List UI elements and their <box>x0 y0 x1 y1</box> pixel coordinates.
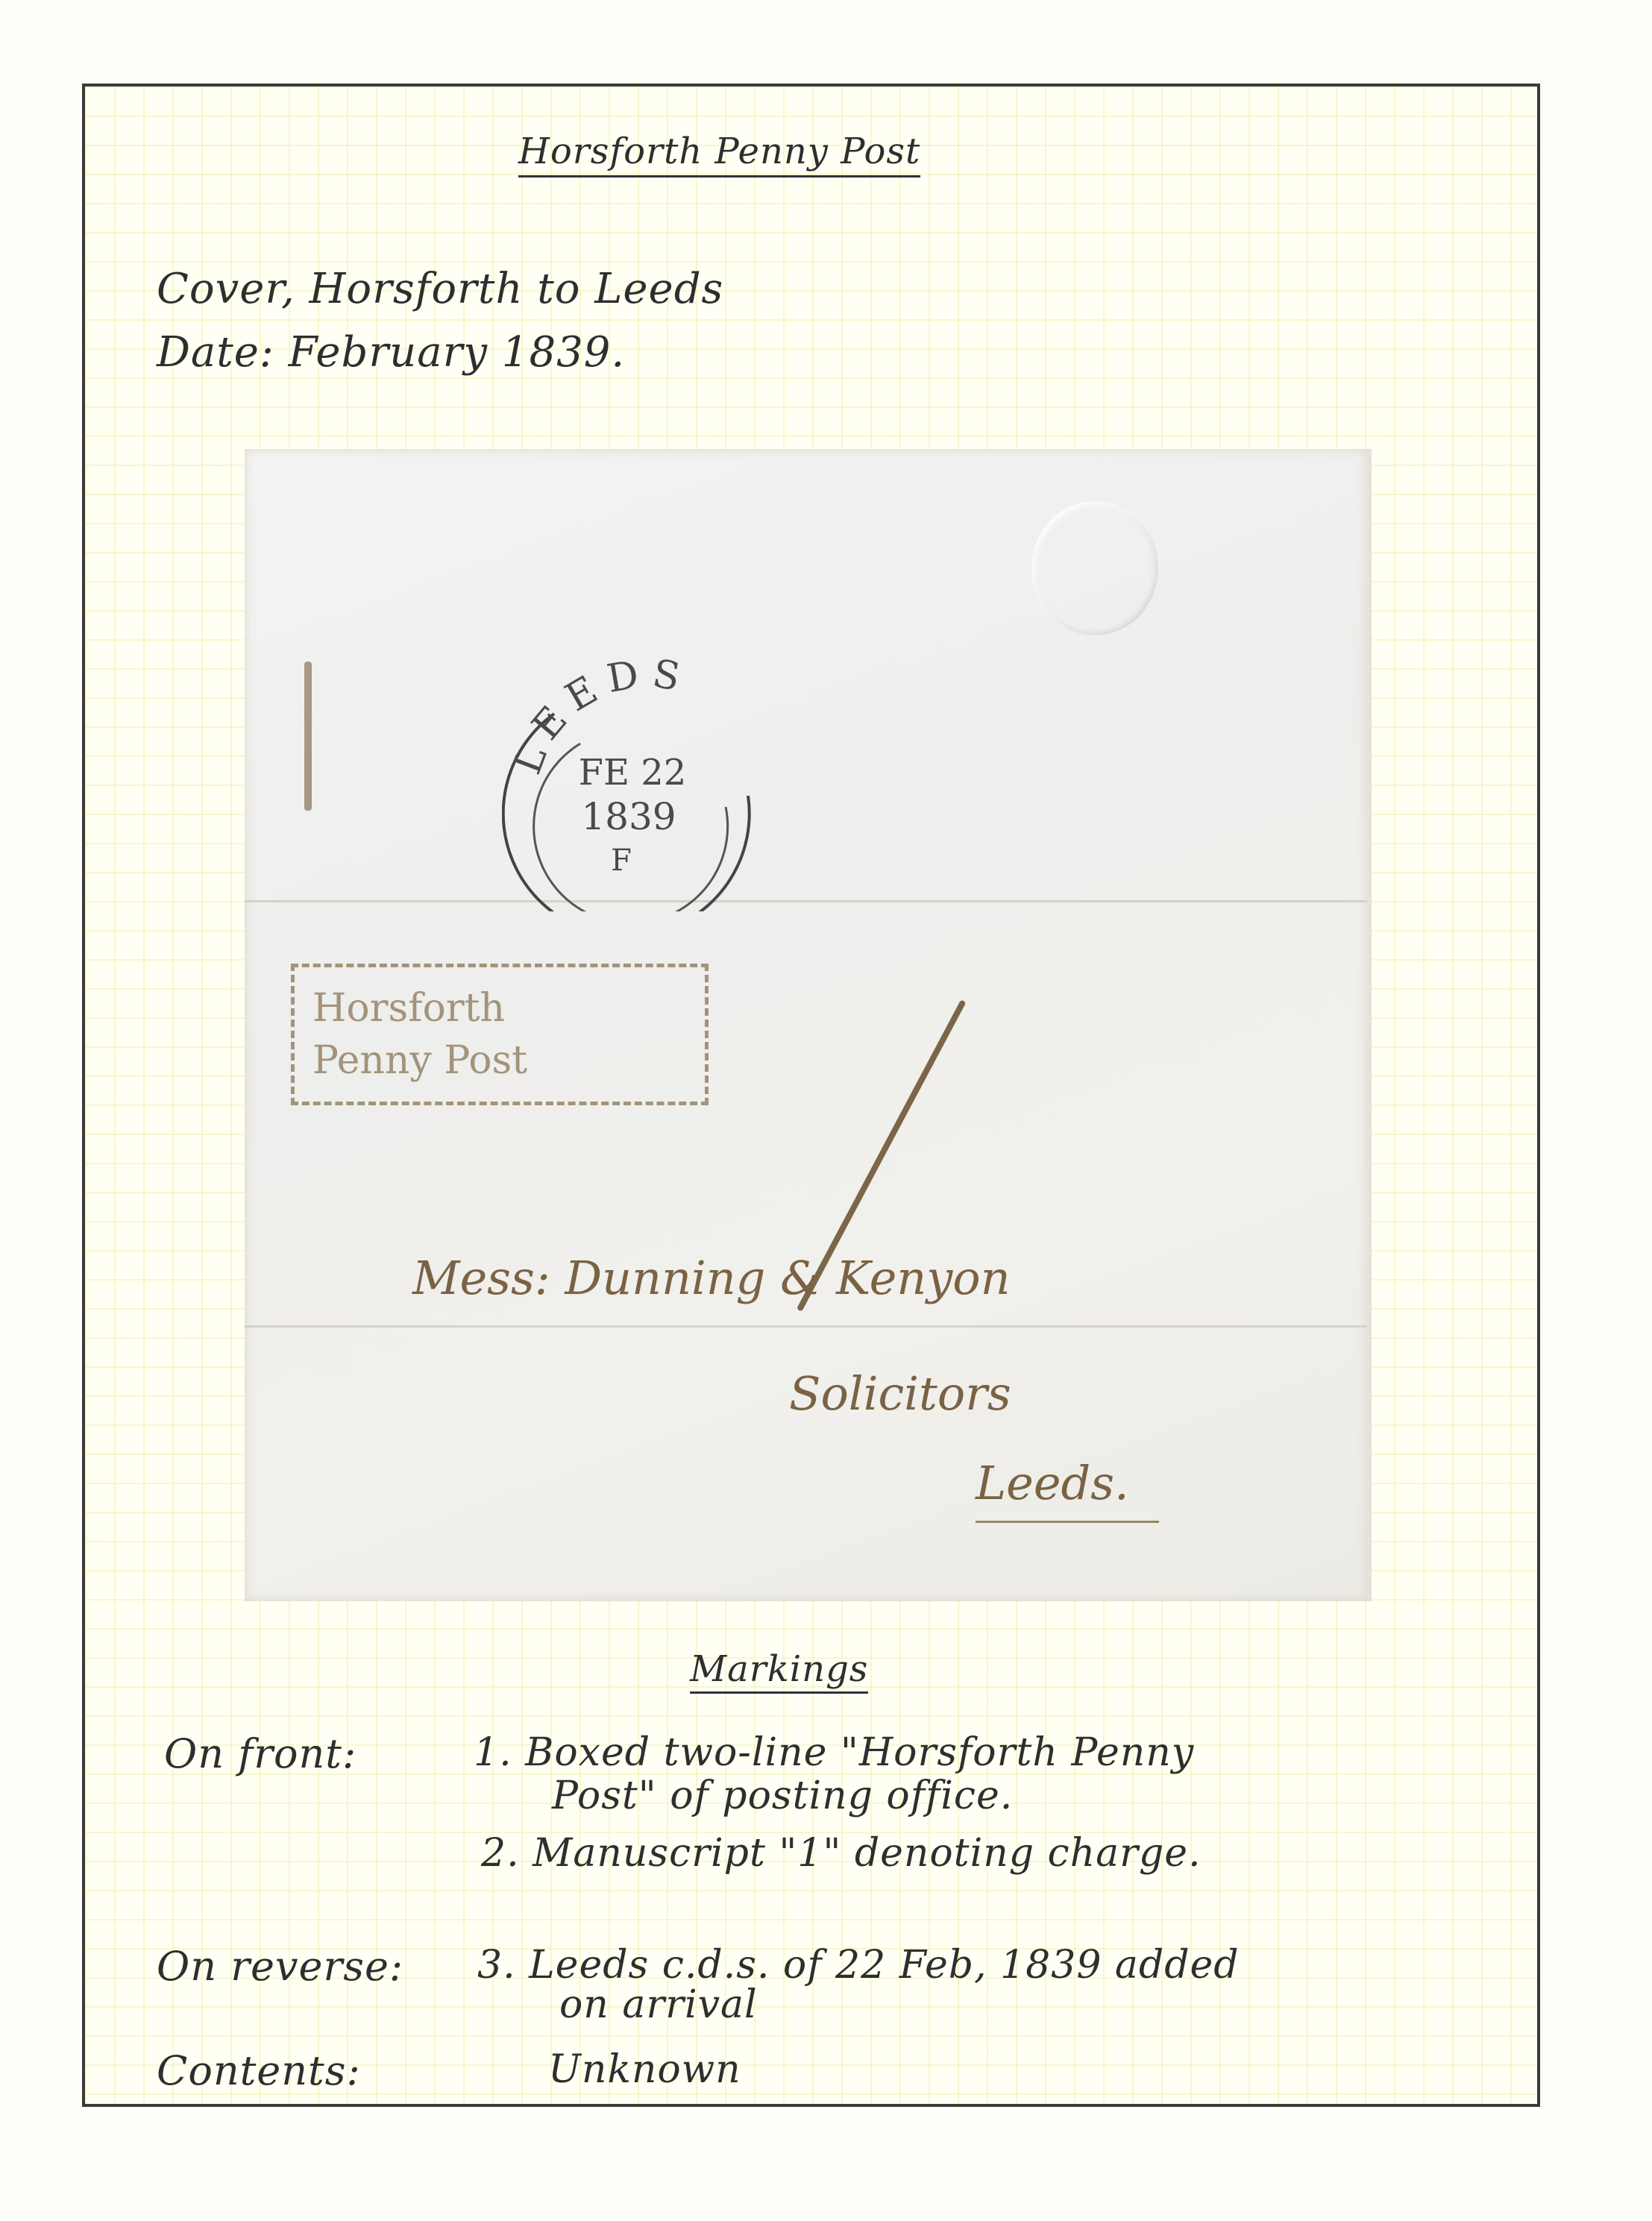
boxed-handstamp: Horsforth Penny Post <box>291 964 709 1105</box>
address-line-1: Mess: Dunning & Kenyon <box>412 1251 1011 1305</box>
front-label: On front: <box>164 1730 357 1777</box>
reverse-label: On reverse: <box>157 1943 403 1990</box>
postmark-code: F <box>611 844 632 878</box>
contents-value: Unknown <box>548 2047 741 2092</box>
postmark-year: 1839 <box>581 795 676 838</box>
address-line-3: Leeds. <box>976 1456 1159 1523</box>
marking-3-line-2: on arrival <box>559 1982 758 2027</box>
marking-2: 2. Manuscript "1" denoting charge. <box>481 1831 1202 1876</box>
fold-line <box>245 900 1367 902</box>
contents-label: Contents: <box>157 2047 361 2094</box>
marking-3-line-1: 3. Leeds c.d.s. of 22 Feb, 1839 added <box>477 1943 1240 1988</box>
markings-heading: Markings <box>690 1648 868 1694</box>
postal-cover: LEEDS FE 22 1839 F Horsforth Penny Post … <box>245 449 1372 1601</box>
page-title: Horsforth Penny Post <box>518 131 920 178</box>
marking-1-line-2: Post" of posting office. <box>552 1774 1013 1818</box>
address-line-2: Solicitors <box>789 1366 1011 1421</box>
cover-description: Cover, Horsforth to Leeds <box>157 265 723 313</box>
leeds-postmark: LEEDS FE 22 1839 F <box>502 635 778 911</box>
handstamp-line-1: Horsforth <box>313 982 687 1034</box>
postmark-date: FE 22 <box>579 752 687 794</box>
handstamp-line-2: Penny Post <box>313 1034 687 1087</box>
cover-date: Date: February 1839. <box>157 328 625 377</box>
ink-stroke <box>304 662 312 811</box>
marking-1-line-1: 1. Boxed two-line "Horsforth Penny <box>474 1730 1194 1775</box>
fold-line <box>245 1325 1367 1328</box>
wax-seal-impression <box>1031 501 1158 635</box>
